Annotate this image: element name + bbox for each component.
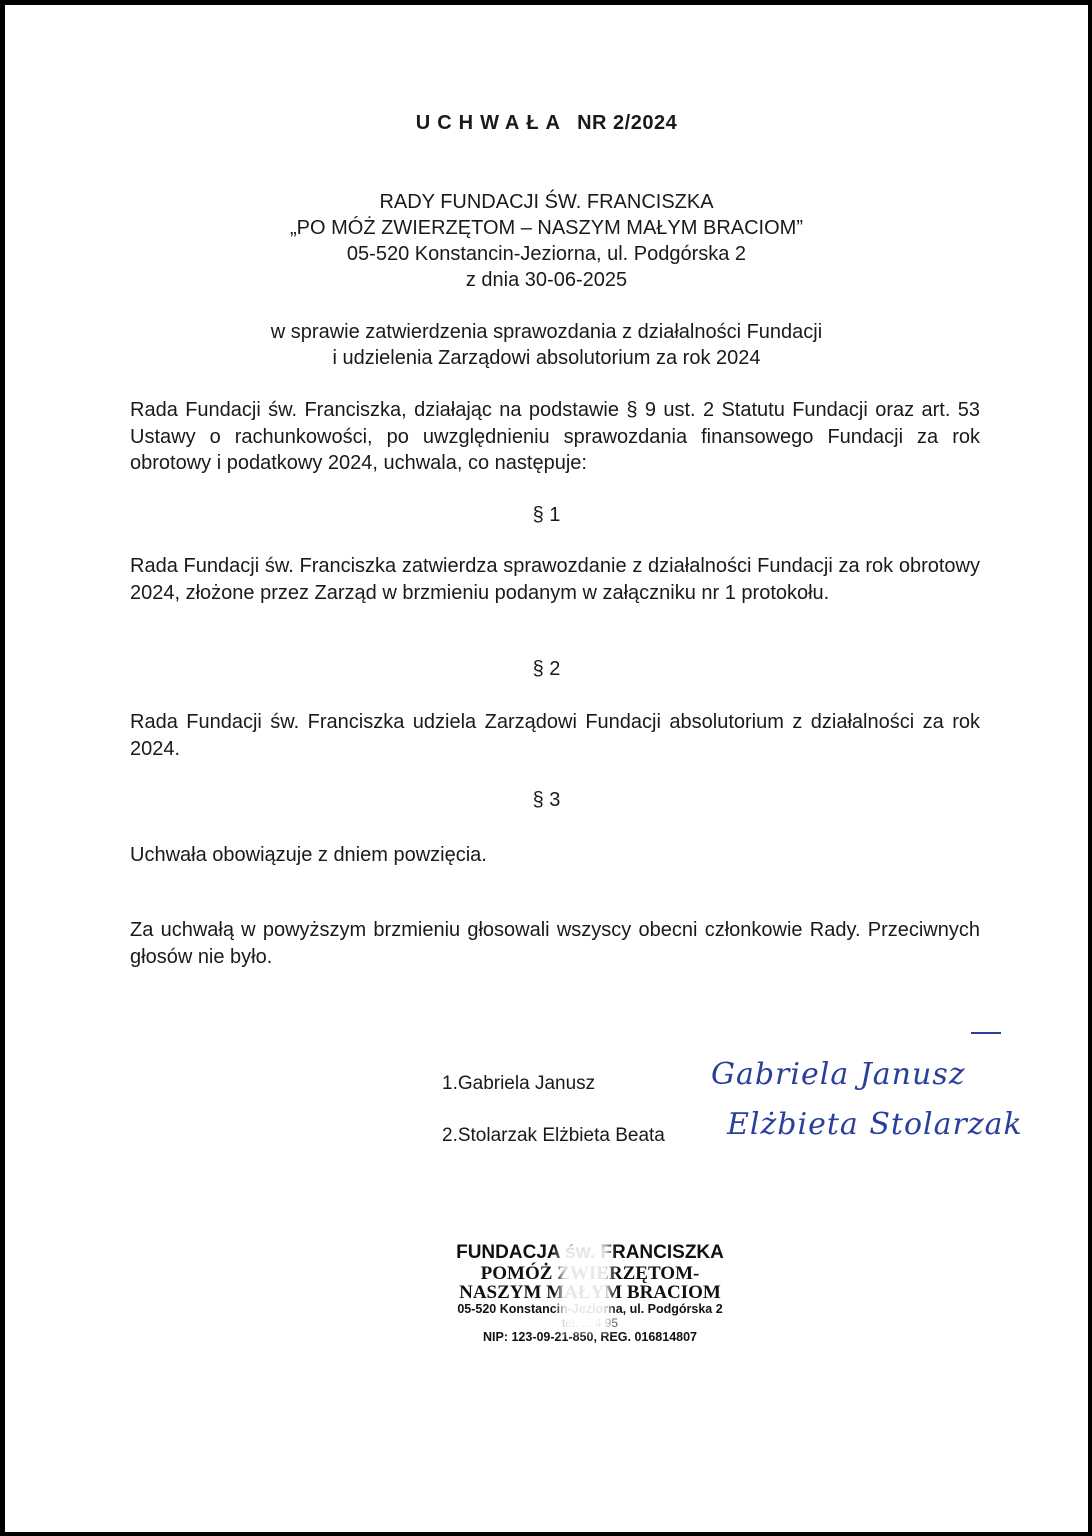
document-page: UCHWAŁA NR 2/2024 RADY FUNDACJI ŚW. FRAN…	[5, 5, 1088, 1532]
section-mark-1: § 1	[5, 504, 1088, 527]
header-line-date: z dnia 30-06-2025	[5, 267, 1088, 293]
signatory-1-signature: Gabriela Janusz	[711, 1057, 966, 1092]
header-line-address: 05-520 Konstancin-Jeziorna, ul. Podgórsk…	[5, 241, 1088, 267]
header-block: RADY FUNDACJI ŚW. FRANCISZKA „PO MÓŻ ZWI…	[5, 189, 1088, 293]
stamp-line-6: NIP: 123-09-21-850, REG. 016814807	[430, 1330, 750, 1344]
title-number: NR 2/2024	[577, 112, 677, 134]
section-2-text: Rada Fundacji św. Franciszka udziela Zar…	[130, 709, 980, 762]
title-word: UCHWAŁA	[416, 112, 567, 134]
section-mark-3: § 3	[5, 789, 1088, 812]
stamp-faded-area	[560, 1242, 610, 1332]
subject-line-1: w sprawie zatwierdzenia sprawozdania z d…	[5, 319, 1088, 345]
section-1-text: Rada Fundacji św. Franciszka zatwierdza …	[130, 553, 980, 606]
section-3-text: Uchwała obowiązuje z dniem powzięcia.	[130, 842, 980, 869]
organization-stamp: FUNDACJA św. FRANCISZKA POMÓŻ ZWIERZĘTOM…	[430, 1242, 750, 1344]
header-line-full-name: „PO MÓŻ ZWIERZĘTOM – NASZYM MAŁYM BRACIO…	[5, 215, 1088, 241]
subject-line-2: i udzielenia Zarządowi absolutorium za r…	[5, 345, 1088, 371]
signature-mark	[971, 1032, 1001, 1034]
preamble-paragraph: Rada Fundacji św. Franciszka, działając …	[130, 397, 980, 477]
signatory-2-name: 2.Stolarzak Elżbieta Beata	[442, 1125, 665, 1147]
signatory-2-signature: Elżbieta Stolarzak	[727, 1107, 1023, 1142]
document-title: UCHWAŁA NR 2/2024	[5, 112, 1088, 135]
subject-block: w sprawie zatwierdzenia sprawozdania z d…	[5, 319, 1088, 371]
section-mark-2: § 2	[5, 658, 1088, 681]
vote-paragraph: Za uchwałą w powyższym brzmieniu głosowa…	[130, 917, 980, 970]
signatory-1-name: 1.Gabriela Janusz	[442, 1073, 595, 1095]
header-line-organization: RADY FUNDACJI ŚW. FRANCISZKA	[5, 189, 1088, 215]
